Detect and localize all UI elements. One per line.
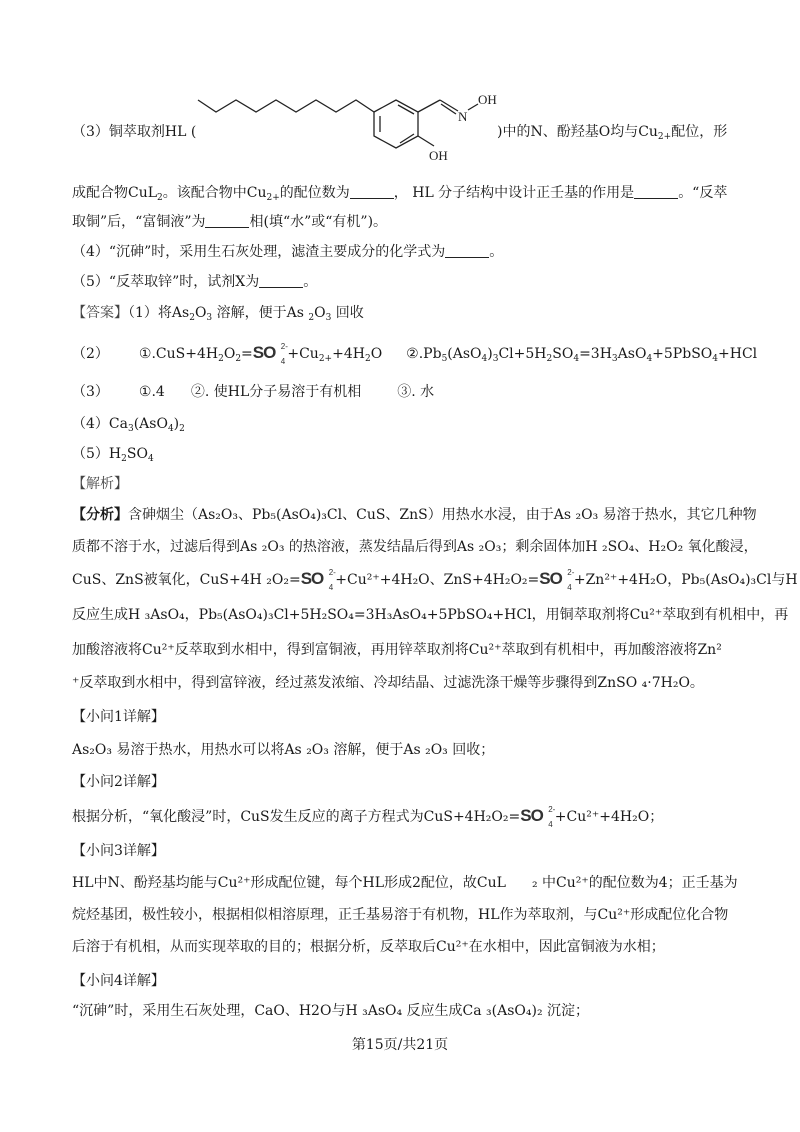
text: 的配位数为 bbox=[280, 185, 350, 201]
text: CuS、ZnS被氧化，CuS+4H ₂O₂= bbox=[72, 572, 301, 588]
sub3-heading: 【小问3详解】 bbox=[72, 841, 165, 861]
text: ₂ 中Cu²⁺的配位数为4；正壬基为 bbox=[532, 875, 738, 891]
text: O bbox=[314, 305, 325, 321]
text: （2） bbox=[72, 346, 109, 362]
text: (AsO bbox=[447, 346, 481, 362]
text: (AsO bbox=[134, 416, 168, 432]
text: +HCl bbox=[718, 346, 757, 362]
sub2-text: 根据分析，“氧化酸浸”时，CuS发生反应的离子方程式为CuS+4H₂O₂=SO2… bbox=[72, 806, 663, 827]
text: +Zn²⁺+4H₂O，Pb₅(AsO₄)₃Cl与H ₂SO₄ bbox=[574, 572, 800, 588]
answer-5: （5）H2SO4 bbox=[72, 444, 154, 469]
sulfate-ion: SO2-4 bbox=[253, 343, 276, 362]
sub4-heading: 【小问4详解】 bbox=[72, 971, 165, 991]
sulfate-ion: SO2-4 bbox=[539, 569, 562, 588]
text: 。该配合物中Cu bbox=[163, 185, 267, 201]
text: O bbox=[195, 305, 206, 321]
question-5: （5）“反萃取锌”时，试剂X为。 bbox=[72, 272, 317, 292]
sulfate-ion: SO2-4 bbox=[301, 569, 324, 588]
text: ①.CuS+4H bbox=[139, 346, 218, 362]
analysis-line-1: 【分析】含砷烟尘（As₂O₃、Pb₅(AsO₄)₃Cl、CuS、ZnS）用热水水… bbox=[72, 505, 757, 525]
text: （1）将As bbox=[128, 305, 189, 321]
analysis-line-3: CuS、ZnS被氧化，CuS+4H ₂O₂=SO2-4+Cu²⁺+4H₂O、Zn… bbox=[72, 569, 800, 590]
sub1-text: As₂O₃ 易溶于热水，用热水可以将As ₂O₃ 溶解，便于As ₂O₃ 回收； bbox=[72, 740, 494, 760]
text: 根据分析，“氧化酸浸”时，CuS发生反应的离子方程式为CuS+4H₂O₂= bbox=[72, 809, 520, 825]
answer-blank bbox=[259, 273, 303, 288]
question-3-line-2: 成配合物CuL2。该配合物中Cu2+的配位数为， HL 分子结构中设计正壬基的作… bbox=[72, 183, 727, 208]
analysis-line-6: ⁺反萃取到水相中，得到富锌液，经过蒸发浓缩、冷却结晶、过滤洗涤干燥等步骤得到Zn… bbox=[72, 673, 704, 693]
page-footer: 第15页/共21页 bbox=[0, 1034, 800, 1054]
question-4: （4）“沉砷”时，采用生石灰处理，滤渣主要成分的化学式为。 bbox=[72, 242, 503, 262]
sub3-line-1: HL中N、酚羟基均能与Cu²⁺形成配位键，每个HL形成2配位，故CuL₂ 中Cu… bbox=[72, 873, 738, 893]
text: （3） bbox=[72, 384, 109, 400]
text: 溶解，便于As bbox=[212, 305, 308, 321]
text: = bbox=[241, 346, 253, 362]
q3-suffix-end: 配位，形 bbox=[671, 124, 727, 140]
answer-2: （2）①.CuS+4H2O2=SO2-4+Cu2++4H2O②.Pb5(AsO4… bbox=[72, 343, 757, 369]
text: AsO bbox=[618, 346, 647, 362]
text: ①.4 bbox=[139, 384, 165, 400]
answer-blank bbox=[445, 243, 489, 258]
text: +5PbSO bbox=[652, 346, 712, 362]
text: ， HL 分子结构中设计正壬基的作用是 bbox=[394, 185, 634, 201]
text: 成配合物CuL bbox=[72, 185, 157, 201]
answer-blank bbox=[205, 213, 249, 228]
text: =3H bbox=[579, 346, 612, 362]
answer-1: 【答案】（1）将As2O3 溶解，便于As 2O3 回收 bbox=[72, 303, 364, 328]
hl-structure-diagram: N OH OH bbox=[196, 84, 506, 174]
sub3-line-3: 后溶于有机相，从而实现萃取的目的；根据分析，反萃取后Cu²⁺在水相中，因此富铜液… bbox=[72, 937, 665, 957]
text: +4H bbox=[332, 346, 365, 362]
text: ②.Pb bbox=[406, 346, 441, 362]
text: 。 bbox=[489, 244, 503, 260]
text: （4）Ca bbox=[72, 416, 128, 432]
text: 。“反萃 bbox=[678, 185, 727, 201]
text: 。 bbox=[303, 274, 317, 290]
answer-blank bbox=[634, 184, 678, 199]
question-3-line-1-suffix: )中的N、酚羟基O均与Cu2+配位，形 bbox=[497, 122, 727, 147]
analysis-heading: 【解析】 bbox=[72, 474, 128, 494]
text: 回收 bbox=[331, 305, 363, 321]
analysis-line-2: 质都不溶于水，过滤后得到As ₂O₃ 的热溶液，蒸发结晶后得到As ₂O₃；剩余… bbox=[72, 537, 758, 557]
text: SO bbox=[552, 346, 573, 362]
text: 含砷烟尘（As₂O₃、Pb₅(AsO₄)₃Cl、CuS、ZnS）用热水水浸，由于… bbox=[128, 507, 757, 523]
charge: 2+ bbox=[658, 132, 671, 142]
text: ②. 使HL分子易溶于有机相 bbox=[191, 384, 361, 400]
question-3-line-3: 取铜”后，“富铜液”为相(填“水”或“有机”)。 bbox=[72, 212, 387, 232]
text: Cl+5H bbox=[498, 346, 546, 362]
text: 取铜”后，“富铜液”为 bbox=[72, 214, 205, 230]
text: +Cu²⁺+4H₂O； bbox=[555, 809, 663, 825]
answer-3: （3）①.4②. 使HL分子易溶于有机相③. 水 bbox=[72, 382, 434, 402]
sulfate-ion: SO2-4 bbox=[520, 806, 543, 825]
analysis-line-5: 加酸溶液将Cu²⁺反萃取到水相中，得到富铜液，再用锌萃取剂将Cu²⁺萃取到有机相… bbox=[72, 640, 722, 660]
answer-label: 【答案】 bbox=[72, 305, 128, 321]
sub3-line-2: 烷烃基团，极性较小，根据相似相溶原理，正壬基易溶于有机物，HL作为萃取剂，与Cu… bbox=[72, 905, 728, 925]
sub2-heading: 【小问2详解】 bbox=[72, 772, 165, 792]
sub4-text: “沉砷”时，采用生石灰处理，CaO、H2O与H ₃AsO₄ 反应生成Ca ₃(A… bbox=[72, 1001, 589, 1021]
sub1-heading: 【小问1详解】 bbox=[72, 707, 165, 727]
oxime-oh-label: OH bbox=[478, 92, 497, 107]
question-3-line-1: （3）铜萃取剂HL ( bbox=[72, 122, 196, 142]
analysis-label: 【分析】 bbox=[72, 507, 128, 523]
text: O bbox=[224, 346, 235, 362]
text: +Cu²⁺+4H₂O、ZnS+4H₂O₂= bbox=[335, 572, 539, 588]
text: （5）H bbox=[72, 446, 121, 462]
text: 相(填“水”或“有机”)。 bbox=[249, 214, 387, 230]
text: +Cu bbox=[287, 346, 318, 362]
text: （4）“沉砷”时，采用生石灰处理，滤渣主要成分的化学式为 bbox=[72, 244, 445, 260]
text: （5）“反萃取锌”时，试剂X为 bbox=[72, 274, 259, 290]
text: ③. 水 bbox=[397, 384, 434, 400]
text: O bbox=[371, 346, 382, 362]
nitrogen-label: N bbox=[458, 109, 468, 124]
text: SO bbox=[127, 446, 148, 462]
question-3-prefix: （3）铜萃取剂HL ( bbox=[72, 124, 196, 140]
charge: 2+ bbox=[267, 193, 280, 203]
q3-suffix-text: )中的N、酚羟基O均与Cu bbox=[497, 124, 658, 140]
answer-blank bbox=[350, 184, 394, 199]
answer-4: （4）Ca3(AsO4)2 bbox=[72, 414, 185, 439]
text: HL中N、酚羟基均能与Cu²⁺形成配位键，每个HL形成2配位，故CuL bbox=[72, 875, 506, 891]
phenol-oh-label: OH bbox=[429, 148, 448, 163]
analysis-line-4: 反应生成H ₃AsO₄，Pb₅(AsO₄)₃Cl+5H₂SO₄=3H₃AsO₄+… bbox=[72, 605, 788, 625]
